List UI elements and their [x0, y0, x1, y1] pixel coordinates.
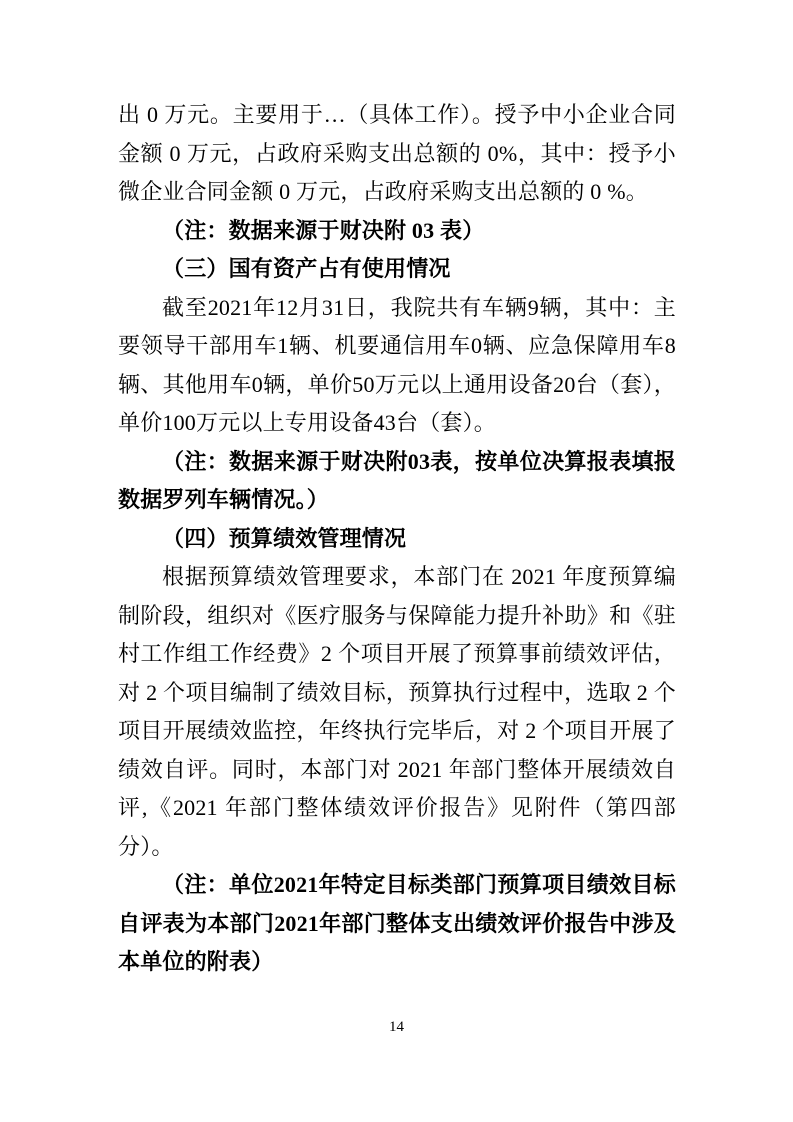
heading-section-3-state-assets: （三）国有资产占有使用情况	[118, 250, 676, 289]
note-data-source-fin03-vehicles: （注：数据来源于财决附03表，按单位决算报表填报数据罗列车辆情况。）	[118, 443, 676, 520]
paragraph-vehicles-and-equipment: 截至2021年12月31日，我院共有车辆9辆，其中：主要领导干部用车1辆、机要通…	[118, 289, 676, 443]
page-number: 14	[0, 1018, 793, 1036]
document-page: 出 0 万元。主要用于…（具体工作）。授予中小企业合同金额 0 万元，占政府采购…	[0, 0, 793, 1122]
paragraph-budget-performance-management: 根据预算绩效管理要求，本部门在 2021 年度预算编制阶段，组织对《医疗服务与保…	[118, 558, 676, 866]
heading-section-4-budget-performance: （四）预算绩效管理情况	[118, 520, 676, 559]
paragraph-government-procurement-continuation: 出 0 万元。主要用于…（具体工作）。授予中小企业合同金额 0 万元，占政府采购…	[118, 96, 676, 212]
note-performance-self-evaluation: （注：单位2021年特定目标类部门预算项目绩效目标自评表为本部门2021年部门整…	[118, 866, 676, 982]
note-data-source-fin03: （注：数据来源于财决附 03 表）	[118, 212, 676, 251]
document-body: 出 0 万元。主要用于…（具体工作）。授予中小企业合同金额 0 万元，占政府采购…	[118, 96, 676, 982]
